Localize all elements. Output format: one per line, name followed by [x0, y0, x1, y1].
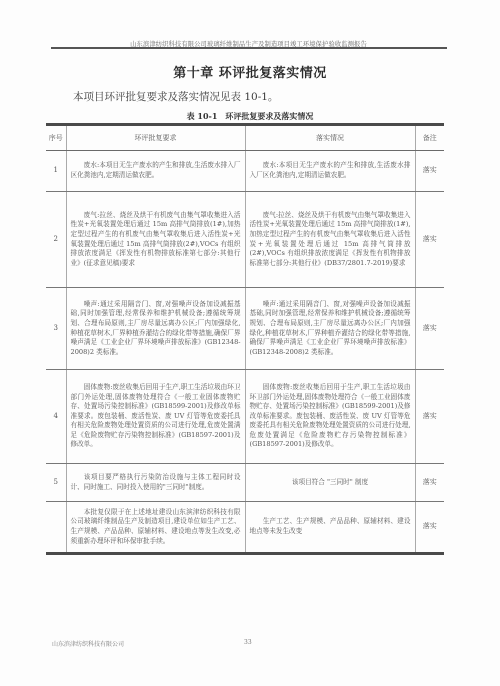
row-note: 落实	[415, 288, 444, 370]
table-row: 5 该项目要严格执行污染防治设施与主体工程同时设计、同时施工、同时投入使用的"三…	[46, 464, 444, 502]
row-no: 5	[46, 464, 66, 502]
row-implementation: 该项目符合 "三同时" 制度	[245, 464, 415, 502]
row-note: 落实	[415, 151, 444, 192]
row-implementation: 生产工艺、生产规模、产品品种、原辅材料、建设地点等未发生改变	[245, 502, 415, 554]
page-number: 33	[244, 639, 252, 646]
row-requirement: 固体废物:废丝收集后回用于生产,职工生活垃圾由环卫部门外运处理,固体废物处理符合…	[66, 370, 245, 464]
footer-company: 山东滨津纺织科技有限公司	[52, 639, 124, 648]
row-requirement: 本批复仅限于在上述地址建设山东滨津纺织科技有限公司玻璃纤维制品生产及制造项目,建…	[66, 502, 245, 554]
requirement-text: 废水:本项目无生产废水的产生和排放,生活废水排入厂区化粪池内,定期清运做农肥。	[71, 161, 241, 180]
row-implementation: 废气:拉丝、烧丝及烘干有机废气由集气罩收集进入活性炭+光氧装置处理后通过 15m…	[245, 192, 415, 288]
row-requirement: 噪声:通过采用隔音门、窗,对强噪声设备加设减振基础,同时加强管理,经常保养和维护…	[66, 288, 245, 370]
row-requirement: 该项目要严格执行污染防治设施与主体工程同时设计、同时施工、同时投入使用的"三同时…	[66, 464, 245, 502]
implementation-text: 生产工艺、生产规模、产品品种、原辅材料、建设地点等未发生改变	[250, 517, 411, 536]
requirements-table: 序号 环评批复要求 落实情况 备注 1 废水:本项目无生产废水的产生和排放,生活…	[46, 123, 444, 555]
implementation-text: 噪声:通过采用隔音门、窗,对强噪声设备加设减振基础,同时加强管理,经常保养和维护…	[250, 300, 411, 358]
requirement-text: 噪声:通过采用隔音门、窗,对强噪声设备加设减振基础,同时加强管理,经常保养和维护…	[71, 300, 241, 358]
header-rule	[51, 47, 447, 49]
requirement-text: 废气:拉丝、烧丝及烘干有机废气由集气罩收集进入活性炭+光氧装置处理后通过 15m…	[71, 211, 241, 269]
table-row: 1 废水:本项目无生产废水的产生和排放,生活废水排入厂区化粪池内,定期清运做农肥…	[46, 151, 444, 192]
row-note: 落实	[415, 464, 444, 502]
row-note: 落实	[415, 370, 444, 464]
header-note: 备注	[415, 125, 444, 151]
table-caption: 表 10-1环评批复要求及落实情况	[0, 111, 500, 122]
header-requirement: 环评批复要求	[66, 125, 245, 151]
requirement-text: 该项目要严格执行污染防治设施与主体工程同时设计、同时施工、同时投入使用的"三同时…	[71, 473, 241, 492]
implementation-text: 废水:本项目无生产废水的产生和排放,生活废水排入厂区化粪池内,定期清运做农肥。	[250, 161, 411, 180]
row-implementation: 废水:本项目无生产废水的产生和排放,生活废水排入厂区化粪池内,定期清运做农肥。	[245, 151, 415, 192]
row-no: 3	[46, 288, 66, 370]
table-row: 本批复仅限于在上述地址建设山东滨津纺织科技有限公司玻璃纤维制品生产及制造项目,建…	[46, 502, 444, 554]
implementation-text: 固体废物:废丝收集后回用于生产,职工生活垃圾由环卫部门外运处理,固体废物处理符合…	[250, 383, 411, 450]
row-note: 落实	[415, 192, 444, 288]
row-no: 2	[46, 192, 66, 288]
requirement-text: 本批复仅限于在上述地址建设山东滨津纺织科技有限公司玻璃纤维制品生产及制造项目,建…	[71, 508, 241, 546]
row-no: 4	[46, 370, 66, 464]
table-caption-number: 表 10-1	[187, 111, 218, 121]
row-no: 1	[46, 151, 66, 192]
row-requirement: 废水:本项目无生产废水的产生和排放,生活废水排入厂区化粪池内,定期清运做农肥。	[66, 151, 245, 192]
header-no: 序号	[46, 125, 66, 151]
row-no	[46, 502, 66, 554]
row-note: 落实	[415, 502, 444, 554]
table-row: 3 噪声:通过采用隔音门、窗,对强噪声设备加设减振基础,同时加强管理,经常保养和…	[46, 288, 444, 370]
row-implementation: 噪声:通过采用隔音门、窗,对强噪声设备加设减振基础,同时加强管理,经常保养和维护…	[245, 288, 415, 370]
chapter-title: 第十章 环评批复落实情况	[0, 62, 500, 81]
implementation-text: 废气:拉丝、烧丝及烘干有机废气由集气罩收集进入活性炭+光氧装置处理后通过 15m…	[250, 211, 411, 269]
table-header-row: 序号 环评批复要求 落实情况 备注	[46, 125, 444, 151]
header-implementation: 落实情况	[245, 125, 415, 151]
table-row: 2 废气:拉丝、烧丝及烘干有机废气由集气罩收集进入活性炭+光氧装置处理后通过 1…	[46, 192, 444, 288]
table-caption-title: 环评批复要求及落实情况	[225, 111, 313, 121]
intro-paragraph: 本项目环评批复要求及落实情况见表 10-1。	[73, 89, 278, 104]
row-implementation: 固体废物:废丝收集后回用于生产,职工生活垃圾由环卫部门外运处理,固体废物处理符合…	[245, 370, 415, 464]
row-requirement: 废气:拉丝、烧丝及烘干有机废气由集气罩收集进入活性炭+光氧装置处理后通过 15m…	[66, 192, 245, 288]
table-row: 4 固体废物:废丝收集后回用于生产,职工生活垃圾由环卫部门外运处理,固体废物处理…	[46, 370, 444, 464]
requirement-text: 固体废物:废丝收集后回用于生产,职工生活垃圾由环卫部门外运处理,固体废物处理符合…	[71, 383, 241, 450]
